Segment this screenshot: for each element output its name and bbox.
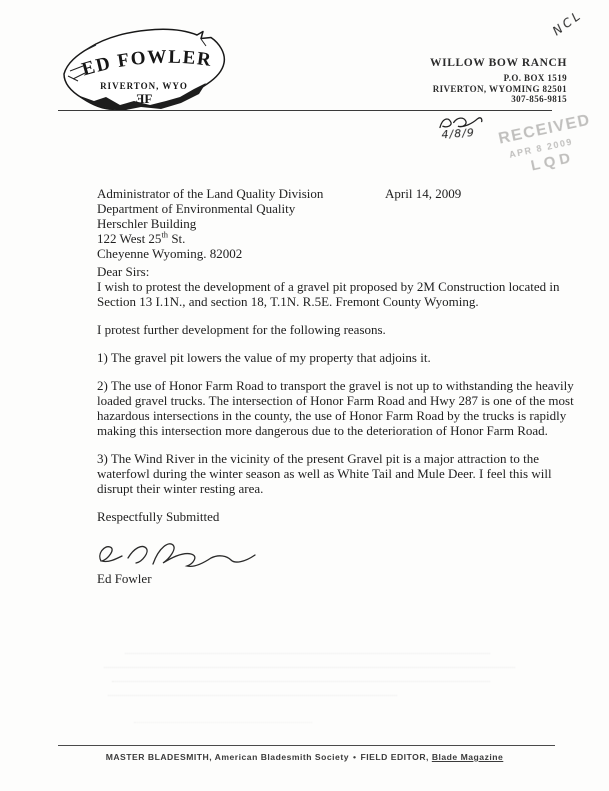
reason-3: 3) The Wind River in the vicinity of the… (97, 451, 575, 496)
noise-row (108, 682, 396, 696)
header-divider (58, 110, 552, 111)
received-stamp: RECEIVED APR 8 2009 LQD (497, 106, 609, 180)
handwritten-signature (95, 537, 265, 571)
footer-credential: MASTER BLADESMITH, American Bladesmith S… (106, 752, 349, 762)
ranch-po-box: P.O. BOX 1519 (430, 73, 567, 84)
reason-1: 1) The gravel pit lowers the value of my… (97, 350, 575, 365)
street-number: 122 West 25 (97, 231, 161, 246)
noise-row (125, 640, 490, 654)
handwritten-initials-block: 4/8/9 (436, 112, 486, 141)
ranch-phone: 307-856-9815 (430, 94, 567, 105)
footer-publication: Blade Magazine (432, 752, 503, 762)
ranch-name: WILLOW BOW RANCH (430, 57, 567, 69)
reason-2: 2) The use of Honor Farm Road to transpo… (97, 378, 575, 438)
recipient-city-line: Cheyenne Wyoming. 82002 (97, 246, 323, 261)
footer-divider (58, 745, 555, 746)
footer-role: FIELD EDITOR, (361, 752, 429, 762)
closing-line: Respectfully Submitted (97, 509, 575, 524)
scanned-letter-page: NCL ED FOWLER RIVERTON, WYO ƎF WILLOW BO… (0, 0, 609, 791)
paragraph-reasons-intro: I protest further development for the fo… (97, 322, 575, 337)
handwritten-date: 4/8/9 (441, 125, 486, 141)
letter-body: Dear Sirs: I wish to protest the develop… (97, 264, 575, 599)
noise-row (112, 668, 489, 682)
noise-row (104, 654, 515, 668)
ed-fowler-rock-logo: ED FOWLER RIVERTON, WYO ƎF (56, 26, 234, 116)
recipient-line: Department of Environmental Quality (97, 201, 323, 216)
recipient-address-block: Administrator of the Land Quality Divisi… (97, 186, 323, 261)
logo-touchmark-text: ƎF (136, 91, 153, 106)
salutation: Dear Sirs: (97, 264, 575, 279)
paragraph-protest: I wish to protest the development of a g… (97, 279, 575, 309)
signer-typed-name: Ed Fowler (97, 571, 575, 586)
recipient-line: Herschler Building (97, 216, 323, 231)
logo-location-text: RIVERTON, WYO (100, 81, 188, 91)
street-suffix: St. (168, 231, 185, 246)
letter-date: April 14, 2009 (385, 186, 461, 202)
footer-credential-line: MASTER BLADESMITH, American Bladesmith S… (0, 752, 609, 762)
ranch-city: RIVERTON, WYOMING 82501 (430, 84, 567, 95)
noise-row (134, 709, 312, 723)
footer-bullet: • (349, 752, 361, 762)
recipient-street-line: 122 West 25th St. (97, 231, 323, 246)
handwritten-corner-note: NCL (550, 8, 585, 39)
letterhead-address-block: WILLOW BOW RANCH P.O. BOX 1519 RIVERTON,… (430, 57, 567, 105)
recipient-line: Administrator of the Land Quality Divisi… (97, 186, 323, 201)
bleed-through-noise (104, 640, 528, 723)
